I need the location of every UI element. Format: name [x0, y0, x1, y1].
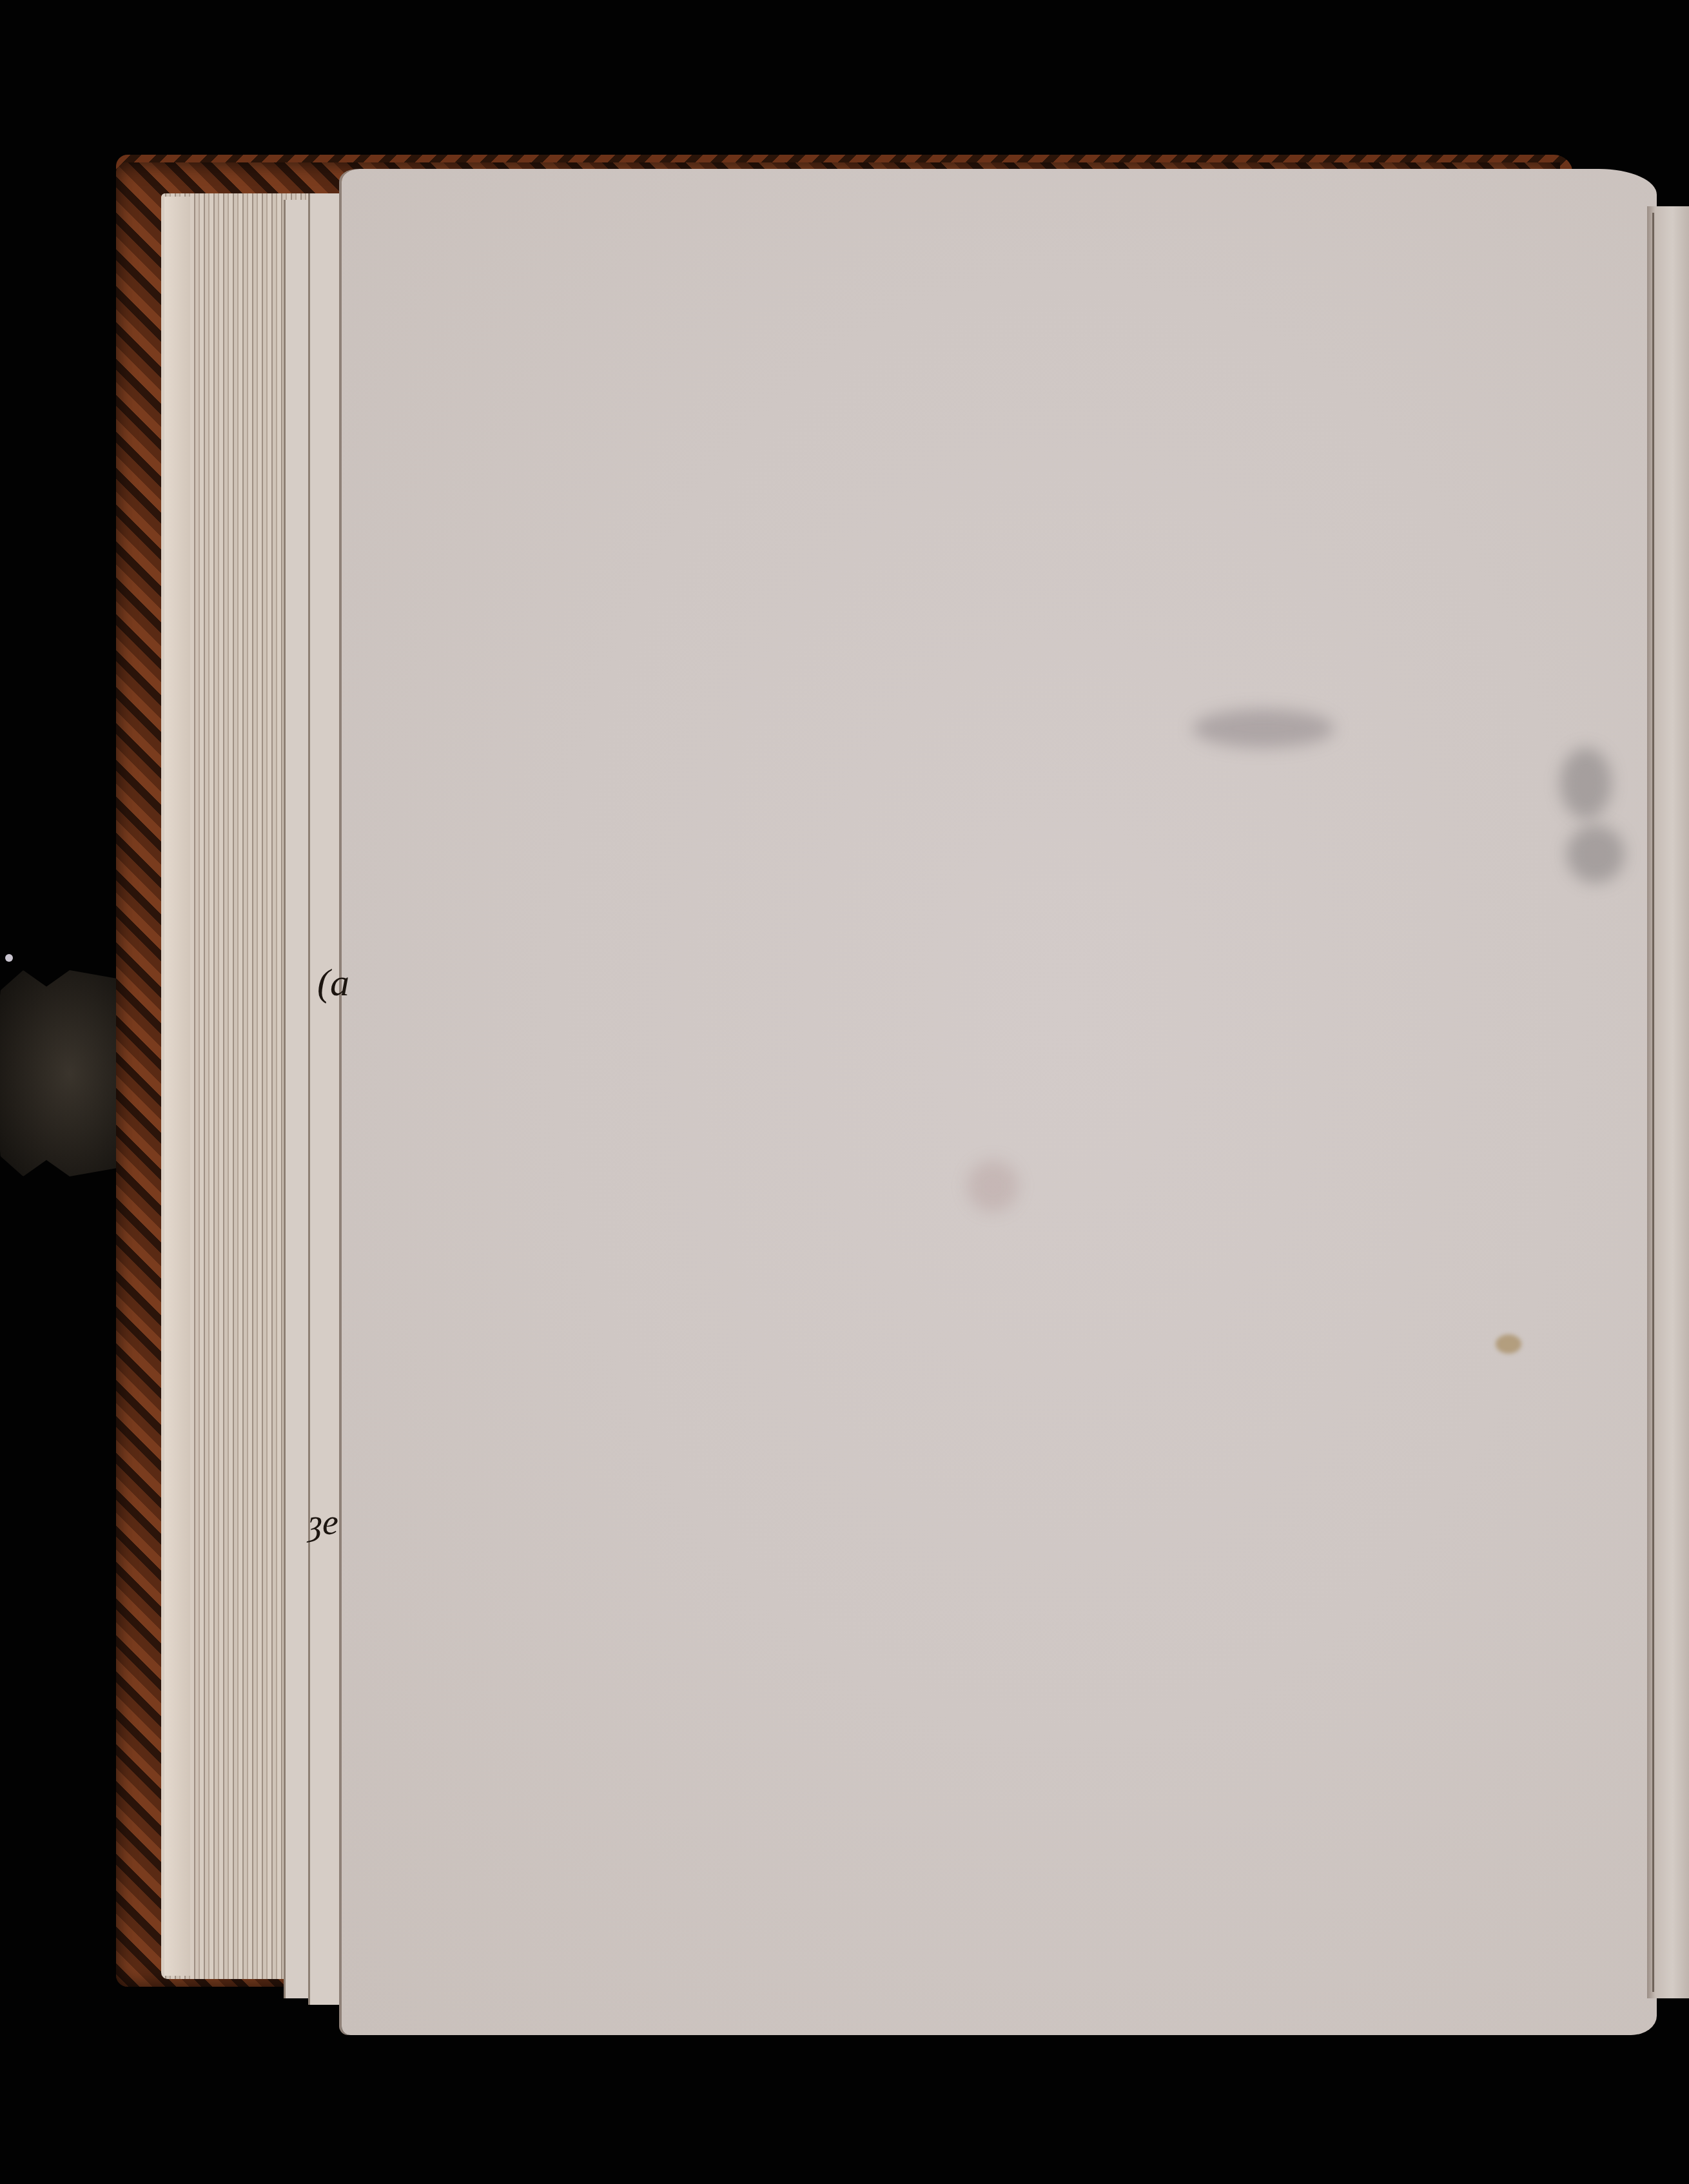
smudge — [1560, 748, 1612, 819]
stain — [967, 1160, 1019, 1212]
smudge — [1193, 709, 1334, 748]
book-photo: (a ȝe — [0, 0, 1689, 2184]
stain — [1496, 1334, 1521, 1354]
blank-page — [342, 169, 1657, 2035]
page-block-front — [164, 197, 190, 1976]
marginal-mark: ȝe — [308, 1502, 338, 1543]
rivet — [5, 954, 13, 962]
marginal-mark: (a — [317, 960, 349, 1005]
smudge — [1567, 825, 1625, 883]
metal-clasp — [0, 970, 116, 1176]
gutter-line — [1652, 213, 1654, 1992]
